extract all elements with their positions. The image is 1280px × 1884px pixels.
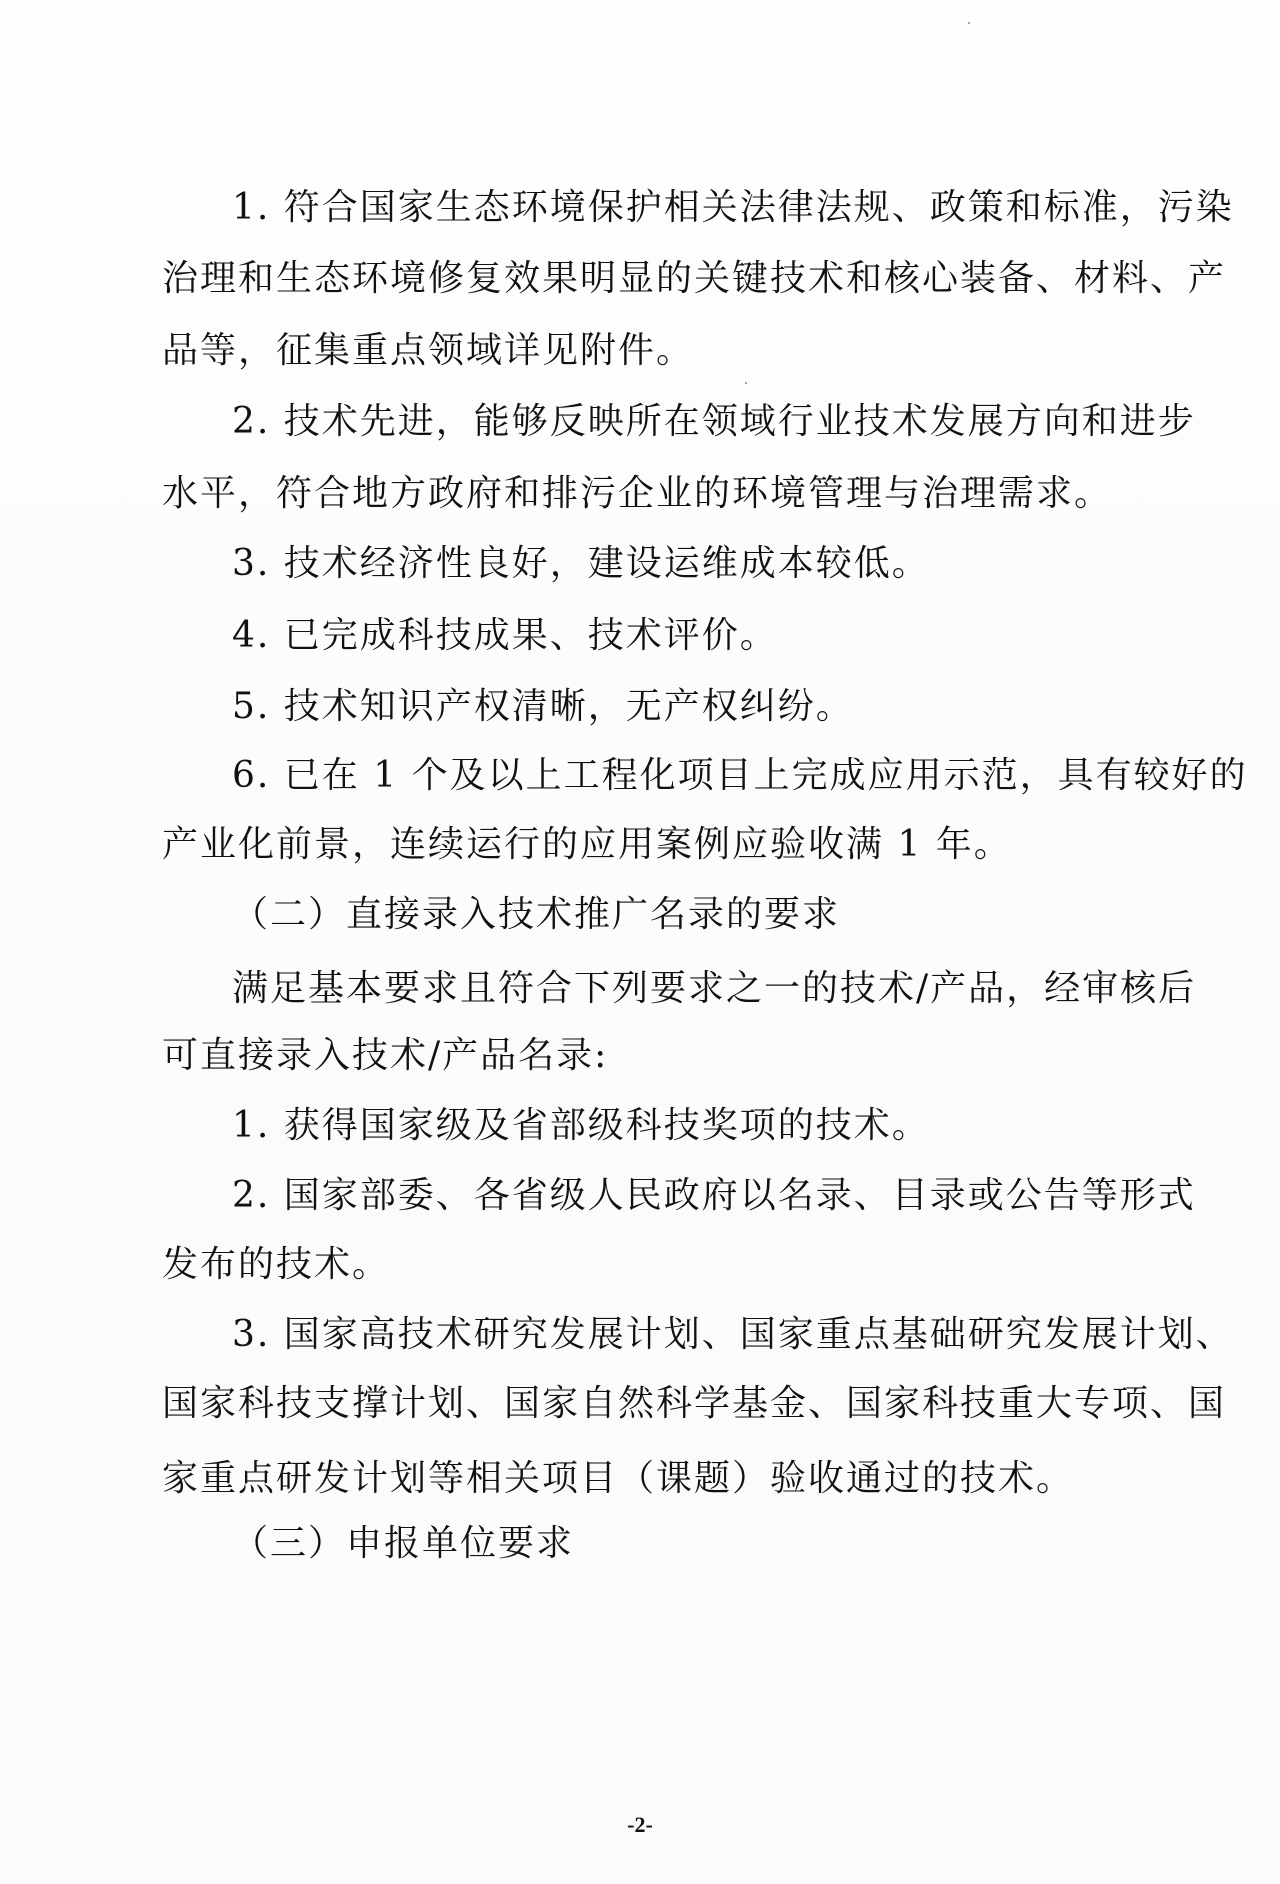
paragraph-line: 1. 符合国家生态环境保护相关法律法规、政策和标准，污染 [232, 186, 1192, 230]
paragraph-line: 5. 技术知识产权清晰，无产权纠纷。 [232, 685, 1192, 729]
paragraph-line: 2. 技术先进，能够反映所在领域行业技术发展方向和进步 [232, 400, 1192, 444]
paragraph-line: 家重点研发计划等相关项目（课题）验收通过的技术。 [162, 1457, 1122, 1501]
scan-speck [968, 22, 970, 24]
paragraph-line: 发布的技术。 [162, 1243, 1122, 1287]
paragraph-line: 3. 国家高技术研究发展计划、国家重点基础研究发展计划、 [232, 1313, 1192, 1357]
paragraph-line: 可直接录入技术/产品名录: [162, 1034, 1122, 1078]
paragraph-line: 6. 已在 1 个及以上工程化项目上完成应用示范，具有较好的 [232, 754, 1192, 798]
paragraph-line: 水平，符合地方政府和排污企业的环境管理与治理需求。 [162, 472, 1122, 516]
paragraph-line: 国家科技支撑计划、国家自然科学基金、国家科技重大专项、国 [162, 1382, 1122, 1426]
paragraph-line: 2. 国家部委、各省级人民政府以名录、目录或公告等形式 [232, 1174, 1192, 1218]
scan-speck [745, 382, 747, 384]
section-heading: （二）直接录入技术推广名录的要求 [232, 893, 1192, 937]
paragraph-line: 1. 获得国家级及省部级科技奖项的技术。 [232, 1104, 1192, 1148]
paragraph-line: 3. 技术经济性良好，建设运维成本较低。 [232, 542, 1192, 586]
paragraph-line: 品等，征集重点领域详见附件。 [162, 329, 1122, 373]
paragraph-line: 满足基本要求且符合下列要求之一的技术/产品，经审核后 [232, 967, 1192, 1011]
paragraph-line: 4. 已完成科技成果、技术评价。 [232, 614, 1192, 658]
document-page: 1. 符合国家生态环境保护相关法律法规、政策和标准，污染 治理和生态环境修复效果… [0, 0, 1280, 1884]
page-number: -2- [0, 1812, 1280, 1838]
section-heading: （三）申报单位要求 [232, 1522, 1192, 1566]
paragraph-line: 治理和生态环境修复效果明显的关键技术和核心装备、材料、产 [162, 257, 1122, 301]
paragraph-line: 产业化前景，连续运行的应用案例应验收满 1 年。 [162, 823, 1122, 867]
